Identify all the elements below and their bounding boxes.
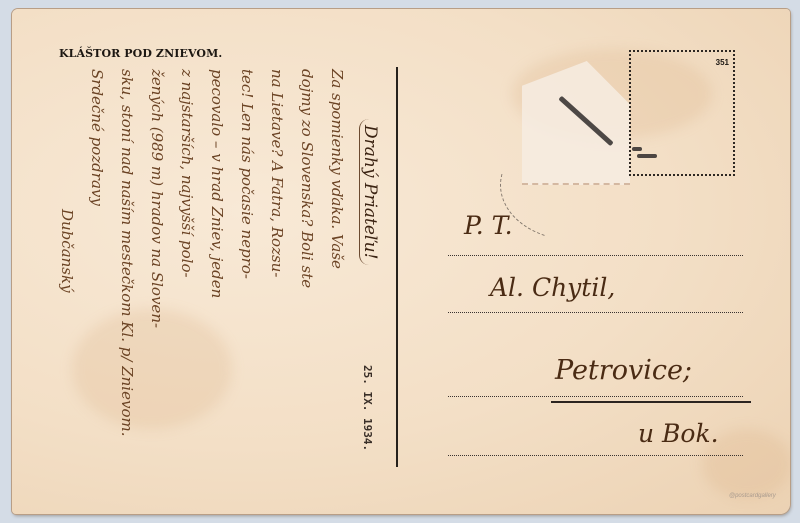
- message-line: na Lietave? A Fatra, Rozsu-: [268, 69, 286, 277]
- message-line: žených (989 m) hradov na Sloven-: [148, 69, 166, 328]
- stamp-placeholder-box: 351: [629, 50, 735, 176]
- postcard-back: KLÁŠTOR POD ZNIEVOM. Drahý Priateľu! 25.…: [12, 9, 790, 514]
- message-greeting: Drahý Priateľu!: [359, 119, 380, 265]
- message-line: z najstarších, najvyšší polo-: [178, 69, 196, 278]
- address-dotted-line: [448, 255, 743, 256]
- watermark: @postcardgallery: [729, 493, 776, 499]
- address-dotted-line: [448, 396, 743, 397]
- message-closing: Srdečné pozdravy: [88, 69, 106, 206]
- center-divider: [396, 67, 398, 467]
- address-line-4: u Bok.: [638, 419, 719, 448]
- message-signature: Dubčanský: [58, 209, 76, 293]
- address-underline: [551, 401, 751, 403]
- address-line-3: Petrovice;: [555, 355, 692, 386]
- stamp-box-number: 351: [716, 58, 729, 67]
- message-line: dojmy zo Slovenska? Boli ste: [298, 69, 316, 288]
- address-line-1: P. T.: [464, 211, 513, 240]
- printed-heading: KLÁŠTOR POD ZNIEVOM.: [59, 47, 222, 60]
- message-line: Za spomienky vďaka. Vaše: [328, 69, 346, 269]
- address-line-2: Al. Chytil,: [490, 273, 615, 302]
- address-dotted-line: [448, 312, 743, 313]
- message-line: pecovalo – v hrad Zniev, jeden: [208, 69, 226, 298]
- address-dotted-line: [448, 455, 743, 456]
- message-line: tec! Len nás počasie nepro-: [238, 69, 256, 279]
- message-line: sku, stoní nad naším mestečkom Kl. p/ Zn…: [118, 69, 136, 436]
- message-date: 25. IX. 1934.: [361, 365, 374, 451]
- handwritten-message: Drahý Priateľu! 25. IX. 1934. Za spomien…: [38, 69, 388, 509]
